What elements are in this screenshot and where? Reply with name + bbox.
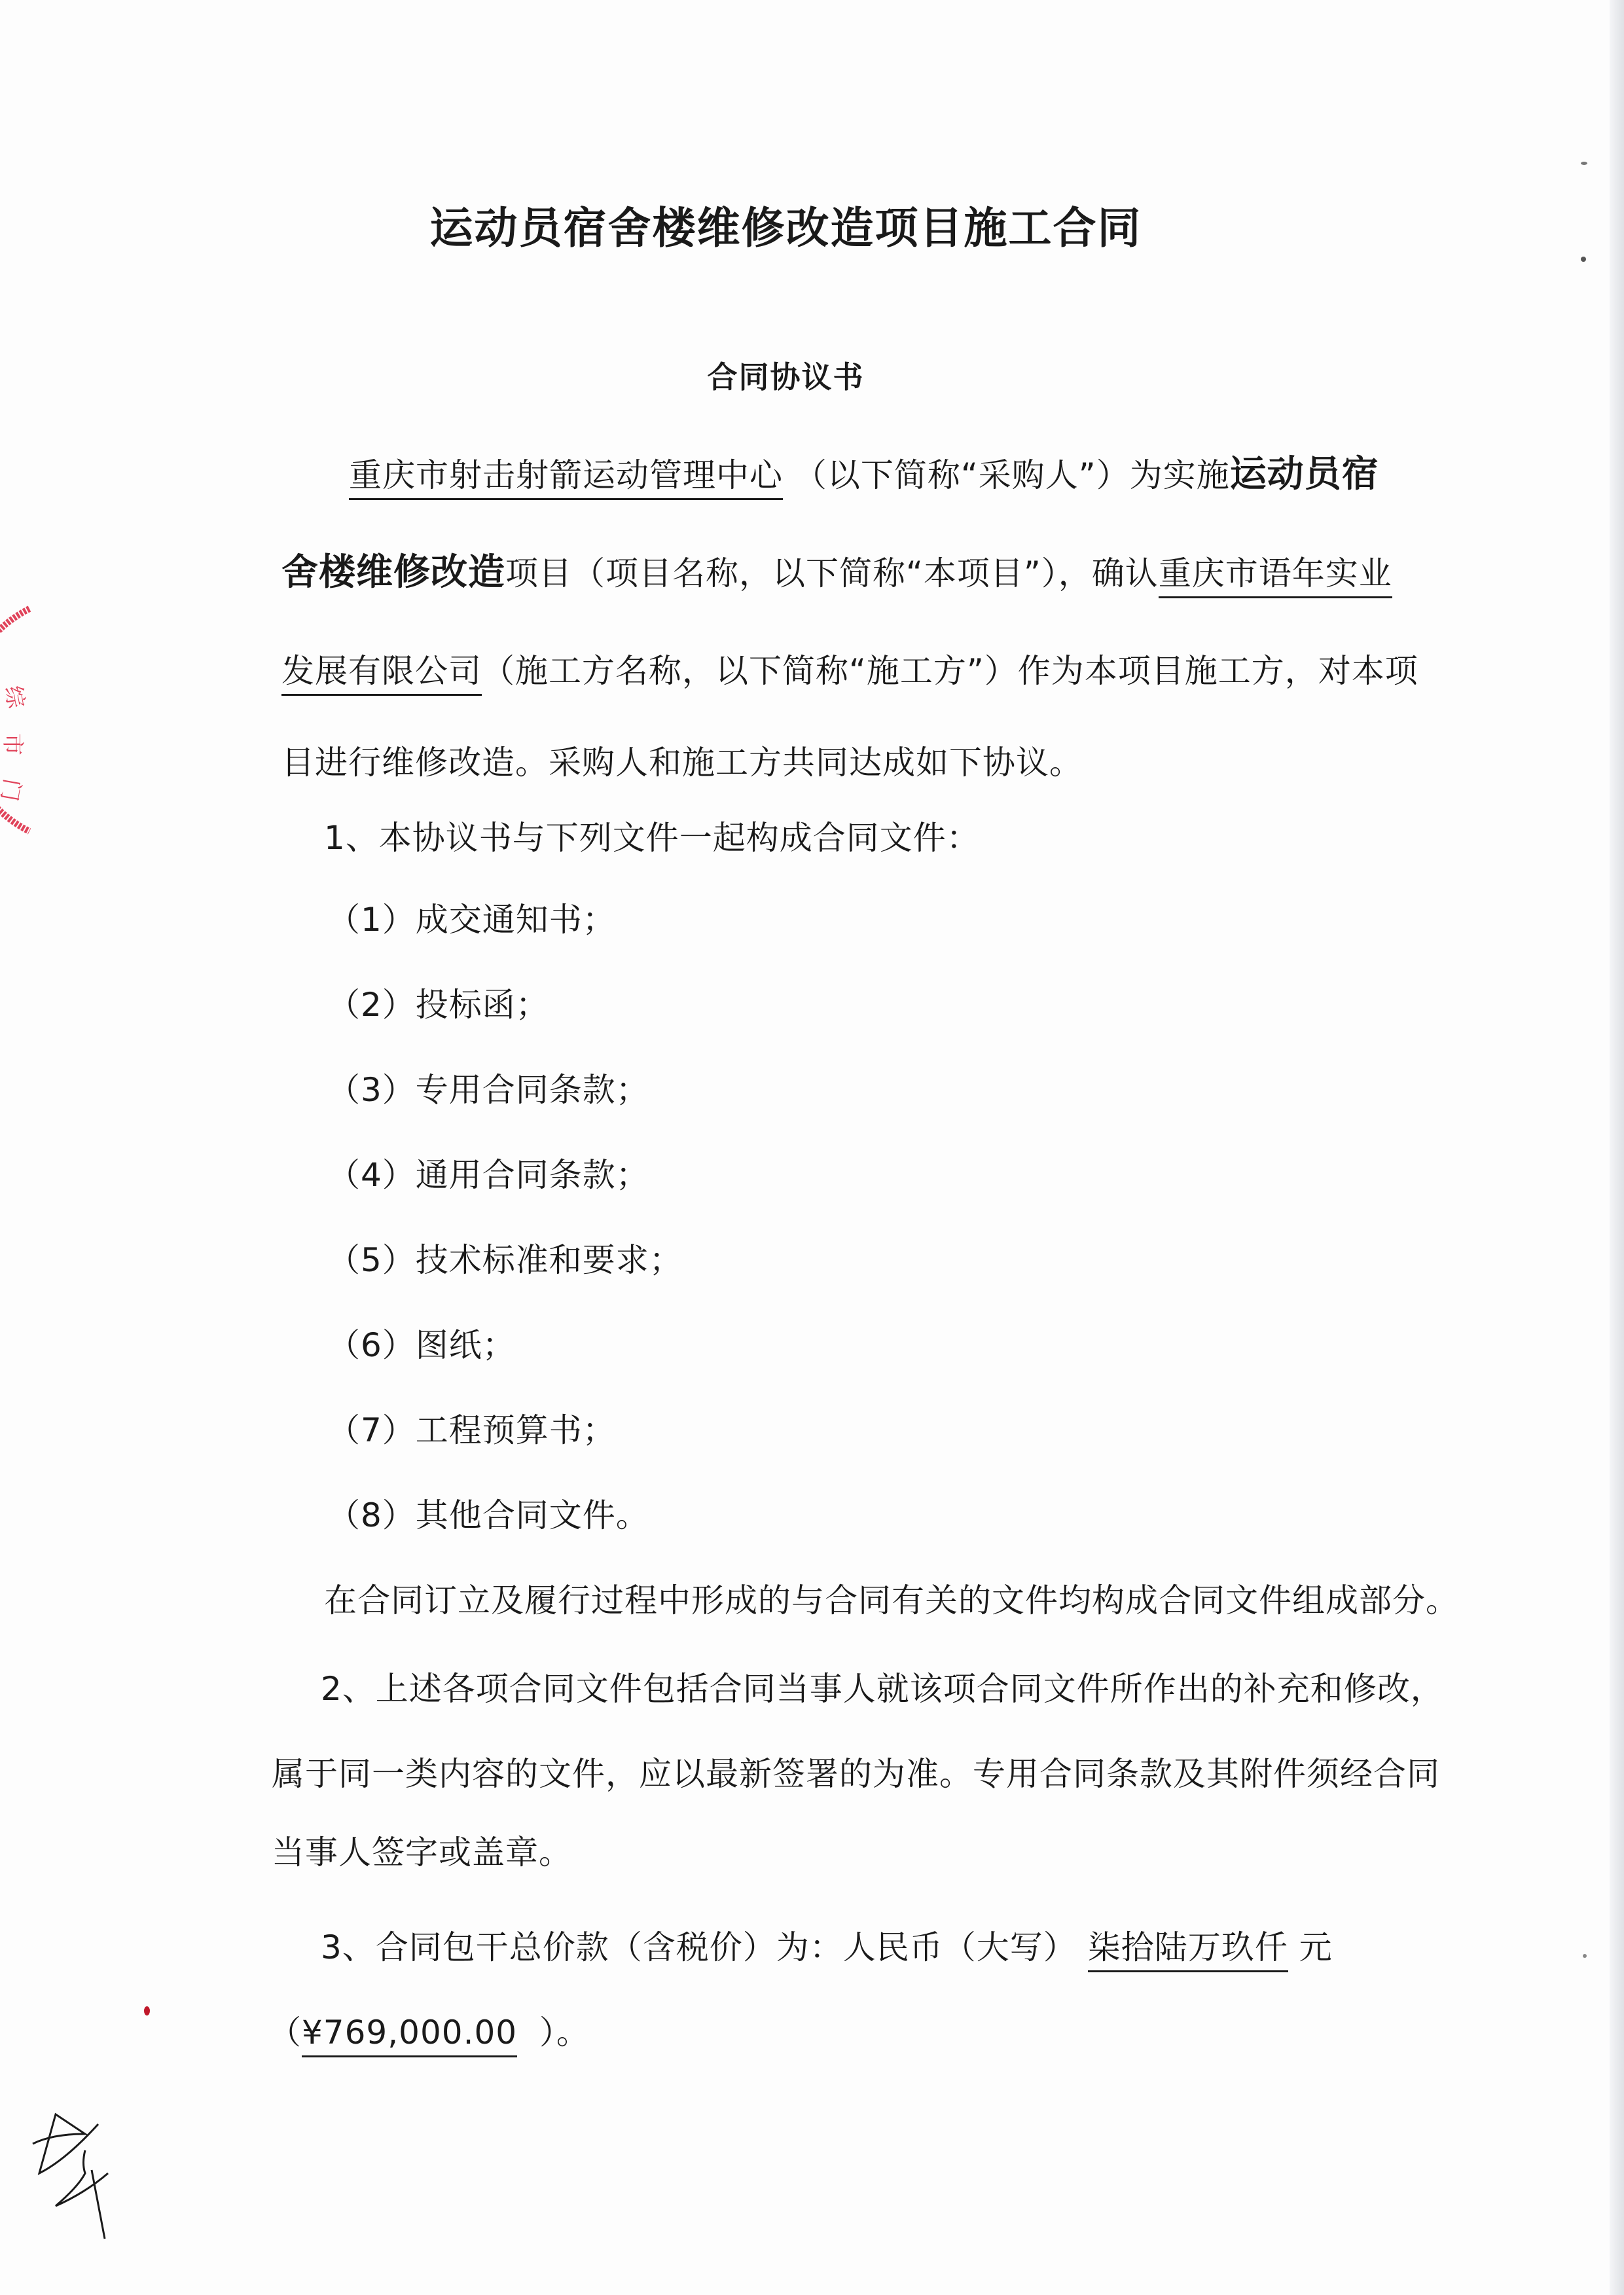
- contractor-name-part1: 重庆市语年实业: [1159, 554, 1392, 598]
- clause-1-summary: 在合同订立及履行过程中形成的与合同有关的文件均构成合同文件组成部分。: [324, 1581, 1459, 1620]
- clause-1-heading: 1、本协议书与下列文件一起构成合同文件：: [324, 818, 980, 858]
- intro-text-2: 项目（项目名称，以下简称“本项目”），确认: [505, 554, 1159, 592]
- scan-speck: [1581, 162, 1587, 165]
- clause-1-item-8: （8）其他合同文件。: [327, 1496, 649, 1535]
- clause-3-line-1: 3、合同包干总价款（含税价）为：人民币（大写） 柒拾陆万玖仟 元: [321, 1928, 1333, 1967]
- red-ink-mark: [144, 2006, 150, 2015]
- document-title: 运动员宿舍楼维修改造项目施工合同: [0, 193, 1624, 255]
- clause-1-item-1: （1）成交通知书；: [327, 900, 616, 939]
- intro-text-3: （施工方名称，以下简称“施工方”）作为本项目施工方，对本项: [482, 652, 1418, 690]
- clause-3-prefix: 3、合同包干总价款（含税价）为：人民币（大写）: [321, 1928, 1077, 1966]
- scan-speck: [1583, 1954, 1587, 1958]
- amount-unit: 元: [1299, 1928, 1333, 1966]
- project-name-part2: 舍楼维修改造: [281, 551, 505, 594]
- clause-1-item-6: （6）图纸；: [327, 1326, 516, 1365]
- handwritten-signature: [13, 2108, 118, 2252]
- amount-in-words: 柒拾陆万玖仟: [1088, 1928, 1288, 1972]
- intro-line-2: 舍楼维修改造项目（项目名称，以下简称“本项目”），确认重庆市语年实业: [281, 553, 1392, 593]
- clause-2-line-2: 属于同一类内容的文件，应以最新签署的为准。专用合同条款及其附件须经合同: [272, 1754, 1440, 1794]
- clause-1-item-5: （5）技术标准和要求；: [327, 1240, 683, 1280]
- paren-close: ）。: [539, 2014, 590, 2051]
- intro-line-4: 目进行维修改造。采购人和施工方共同达成如下协议。: [281, 743, 1083, 782]
- svg-text:市: 市: [0, 733, 26, 755]
- intro-line-3: 发展有限公司（施工方名称，以下简称“施工方”）作为本项目施工方，对本项: [281, 651, 1418, 691]
- clause-1-item-7: （7）工程预算书；: [327, 1411, 616, 1450]
- intro-text-1: （以下简称“采购人”）为实施: [783, 456, 1230, 494]
- svg-text:门: 门: [0, 776, 26, 803]
- intro-line-1: 重庆市射击射箭运动管理中心 （以下简称“采购人”）为实施运动员宿: [349, 455, 1379, 495]
- purchaser-name: 重庆市射击射箭运动管理中心: [349, 456, 783, 500]
- clause-2-line-3: 当事人签字或盖章。: [272, 1833, 572, 1872]
- document-subtitle: 合同协议书: [0, 353, 1624, 397]
- amount-in-figures: ¥769,000.00: [302, 2014, 517, 2057]
- clause-1-item-4: （4）通用合同条款；: [327, 1155, 649, 1195]
- clause-1-item-3: （3）专用合同条款；: [327, 1070, 649, 1110]
- clause-2-line-1: 2、上述各项合同文件包括合同当事人就该项合同文件所作出的补充和修改，: [321, 1669, 1444, 1708]
- red-seal-stamp: 综 市 门: [0, 602, 39, 838]
- project-name-part1: 运动员宿: [1230, 453, 1379, 496]
- clause-3-line-2: （¥769,000.00 ）。: [268, 2013, 590, 2052]
- paren-open: （: [268, 2014, 302, 2051]
- contractor-name-part2: 发展有限公司: [281, 652, 482, 696]
- svg-text:综: 综: [0, 684, 29, 711]
- clause-1-item-2: （2）投标函；: [327, 985, 549, 1024]
- scan-speck: [1581, 257, 1586, 262]
- page-edge: [1610, 0, 1624, 2295]
